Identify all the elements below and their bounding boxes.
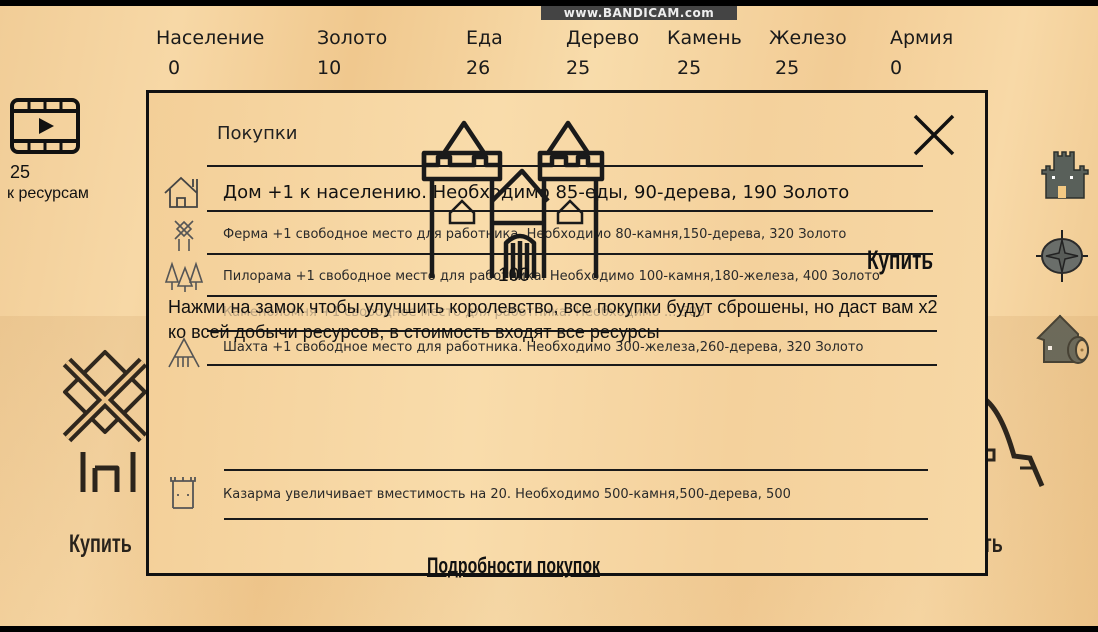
resource-label: Дерево [566, 27, 639, 49]
recorder-watermark: www.BANDICAM.com [541, 6, 737, 20]
mine-building-icon [980, 396, 1050, 506]
resource-wood: Дерево 25 [566, 27, 639, 79]
side-menu-castle-button[interactable] [1034, 146, 1090, 202]
row-divider [224, 518, 928, 520]
house-icon [163, 175, 205, 209]
resource-label: Железо [769, 27, 847, 49]
side-menu-storage-button[interactable] [1034, 310, 1090, 366]
castle-upgrade-price: 100 [498, 265, 530, 287]
castle-icon [1034, 146, 1090, 202]
ad-reward-caption: к ресурсам [7, 185, 82, 203]
resource-value: 0 [890, 57, 953, 79]
resource-value: 26 [466, 57, 503, 79]
game-screen: www.BANDICAM.com Население 0 Золото 10 Е… [0, 6, 1098, 626]
resource-value: 25 [775, 57, 847, 79]
resource-value: 25 [566, 57, 639, 79]
side-menu-map-button[interactable] [1034, 228, 1090, 284]
buy-button[interactable]: Купить [867, 245, 933, 276]
resource-label: Золото [317, 27, 387, 49]
compass-icon [1034, 228, 1090, 284]
purchases-modal: Покупки Дом +1 к населению. Необходимо 8… [146, 90, 988, 576]
trees-icon [163, 260, 205, 294]
castle-upgrade-hint: Нажми на замок чтобы улучшить королевств… [168, 295, 958, 345]
purchase-details-link[interactable]: Подробности покупок [427, 553, 600, 579]
watch-ad-reward-button[interactable]: 25 к ресурсам [10, 98, 82, 203]
resource-gold: Золото 10 [317, 27, 387, 79]
resource-value: 25 [677, 57, 742, 79]
resource-label: Камень [667, 27, 742, 49]
house-barrel-icon [1034, 310, 1090, 366]
video-play-icon [10, 98, 80, 154]
barracks-tower-icon [163, 475, 205, 509]
resource-value: 10 [317, 57, 387, 79]
resource-stone: Камень 25 [667, 27, 742, 79]
resource-iron: Железо 25 [769, 27, 847, 79]
resource-label: Армия [890, 27, 953, 49]
castle-upgrade-icon[interactable] [416, 113, 616, 283]
row-divider [207, 364, 937, 366]
purchase-row-barracks[interactable]: Казарма увеличивает вместимость на 20. Н… [223, 487, 791, 502]
windmill-icon [163, 219, 205, 253]
resource-value: 0 [168, 57, 264, 79]
modal-title: Покупки [217, 123, 297, 144]
resource-army: Армия 0 [890, 27, 953, 79]
resource-food: Еда 26 [466, 27, 503, 79]
row-divider [224, 469, 928, 471]
ad-reward-amount: 25 [10, 162, 82, 183]
windmill-icon [55, 342, 155, 502]
buy-windmill-button[interactable]: Купить [69, 530, 132, 559]
resource-population: Население 0 [156, 27, 264, 79]
resource-label: Еда [466, 27, 503, 49]
resource-label: Население [156, 27, 264, 49]
close-icon[interactable] [912, 113, 956, 157]
